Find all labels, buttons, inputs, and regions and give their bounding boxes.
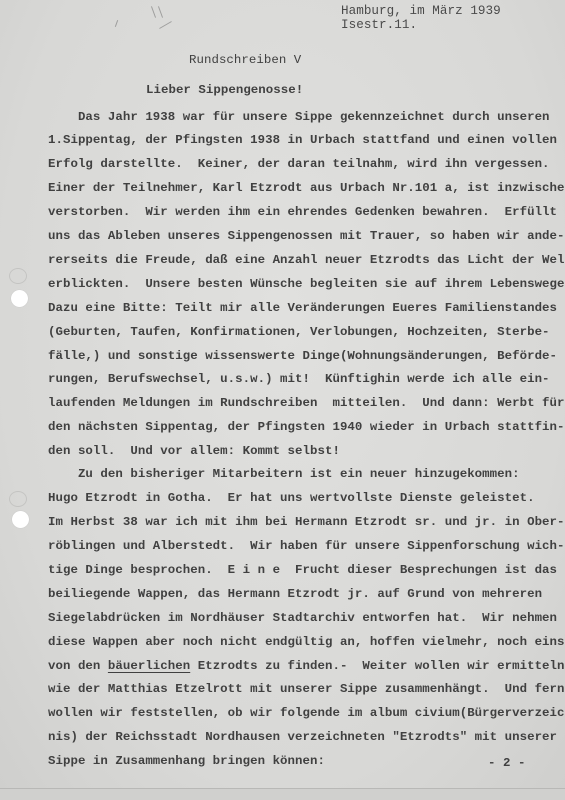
body-line: nis) der Reichsstadt Nordhausen verzeich… [48,730,557,744]
body-line: wie der Matthias Etzelrott mit unserer S… [48,682,565,696]
body-line: tige Dinge besprochen. E i n e Frucht di… [48,563,557,577]
punch-hole-shadow [9,491,27,507]
body-line: diese Wappen aber noch nicht endgültig a… [48,635,565,649]
document-title: Rundschreiben V [189,53,301,67]
body-line: den nächsten Sippentag, der Pfingsten 19… [48,420,565,434]
body-line: uns das Ableben unseres Sippengenossen m… [48,229,565,243]
body-line: Siegelabdrücken im Nordhäuser Stadtarchi… [48,611,557,625]
body-line: laufenden Meldungen im Rundschreiben mit… [48,396,565,410]
line-start: von den [48,659,108,673]
page-bottom-edge [0,788,565,800]
salutation: Lieber Sippengenosse! [146,83,303,97]
address: Isestr.11. [341,18,417,32]
body-line: von den bäuerlichen Etzrodts zu finden.-… [48,659,565,673]
punch-hole-shadow [9,268,27,284]
body-line: fälle,) und sonstige wissenswerte Dinge(… [48,349,557,363]
line-rest: Etzrodts zu finden.- Weiter wollen wir e… [190,659,565,673]
body-line: Zu den bisheriger Mitarbeitern ist ein n… [48,467,520,481]
page-number: - 2 - [488,756,525,770]
body-line: Das Jahr 1938 war für unsere Sippe geken… [48,110,550,124]
body-line: Sippe in Zusammenhang bringen können: [48,754,325,768]
body-line: röblingen und Alberstedt. Wir haben für … [48,539,565,553]
body-line: wollen wir feststellen, ob wir folgende … [48,706,565,720]
body-line: rerseits die Freude, daß eine Anzahl neu… [48,253,565,267]
body-line: (Geburten, Taufen, Konfirmationen, Verlo… [48,325,550,339]
body-line: Im Herbst 38 war ich mit ihm bei Hermann… [48,515,565,529]
body-line: rungen, Berufswechsel, u.s.w.) mit! Künf… [48,372,550,386]
body-line: Erfolg darstellte. Keiner, der daran tei… [48,157,550,171]
body-line: erblickten. Unsere besten Wünsche beglei… [48,277,565,291]
body-line: 1.Sippentag, der Pfingsten 1938 in Urbac… [48,133,557,147]
punch-hole [12,511,29,528]
body-line: den soll. Und vor allem: Kommt selbst! [48,444,340,458]
body-line: Dazu eine Bitte: Teilt mir alle Veränder… [48,301,557,315]
body-line: verstorben. Wir werden ihm ein ehrendes … [48,205,557,219]
place-date: Hamburg, im März 1939 [341,4,501,18]
body-line: beiliegende Wappen, das Hermann Etzrodt … [48,587,542,601]
body-line: Einer der Teilnehmer, Karl Etzrodt aus U… [48,181,565,195]
underlined-word: bäuerlichen [108,659,190,673]
punch-hole [11,290,28,307]
body-line: Hugo Etzrodt in Gotha. Er hat uns wertvo… [48,491,535,505]
